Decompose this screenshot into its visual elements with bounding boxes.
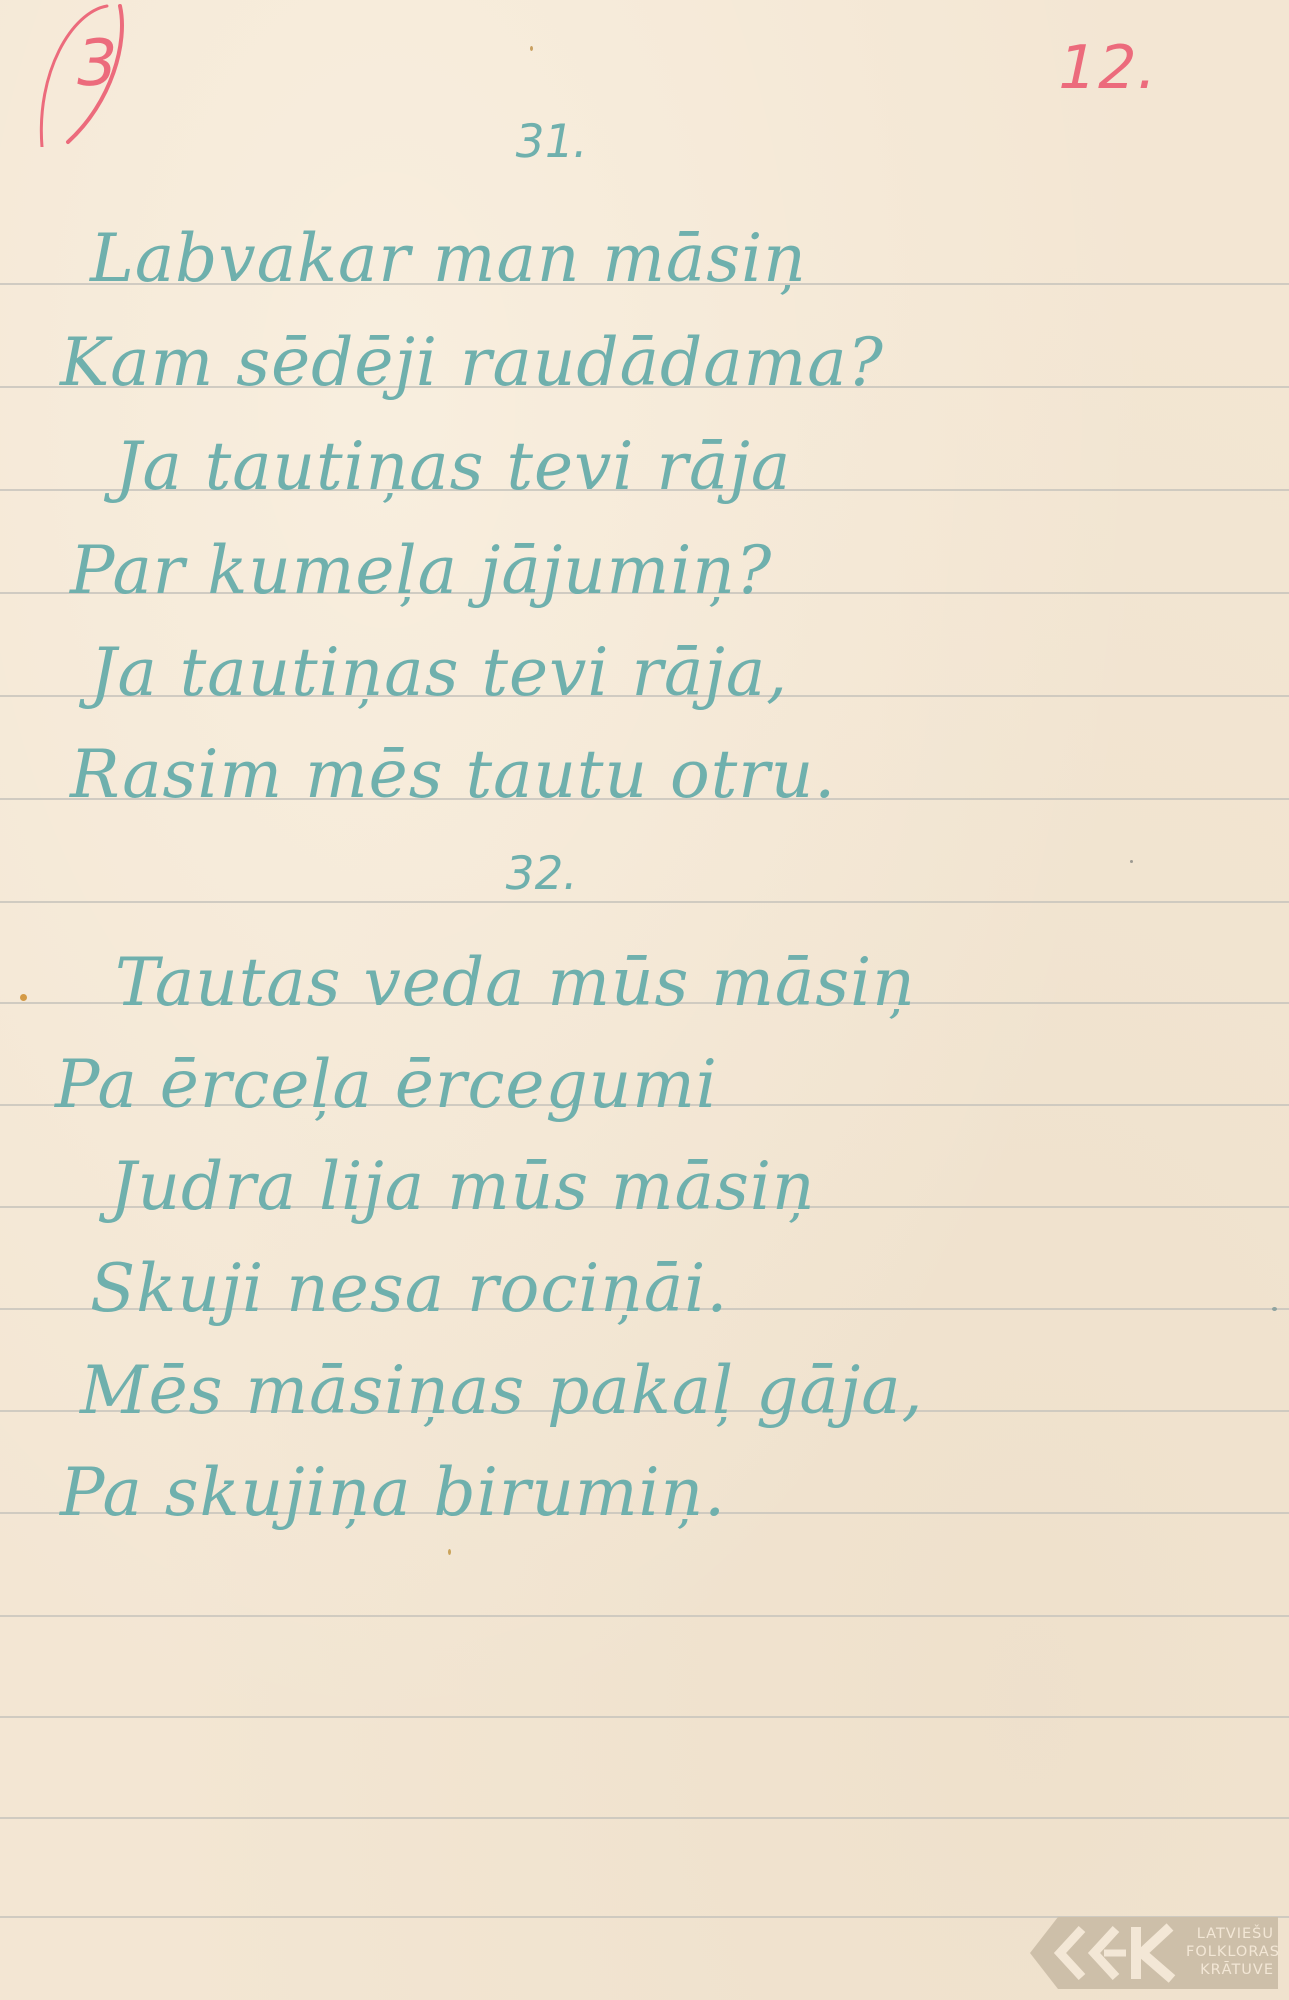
ruled-line <box>0 1615 1289 1617</box>
ruled-line <box>0 1817 1289 1819</box>
verse-line: Skuji nesa rociņāi. <box>90 1256 728 1322</box>
logo-text-line2: FOLKLORAS <box>1186 1943 1274 1961</box>
ruled-line <box>0 901 1289 903</box>
archive-logo: LATVIEŠU FOLKLORAS KRĀTUVE <box>1030 1917 1278 1989</box>
paper-speck <box>530 46 533 51</box>
logo-text: LATVIEŠU FOLKLORAS KRĀTUVE <box>1186 1925 1274 1979</box>
page-number: 12. <box>1052 38 1166 98</box>
verse-line: Rasim mēs tautu otru. <box>70 742 836 808</box>
paper-speck <box>448 1549 451 1555</box>
song-number-32: 32. <box>501 850 582 896</box>
paper-speck <box>1130 860 1133 863</box>
verse-line: Par kumeļa jājumiņ? <box>70 538 772 604</box>
circled-number-annotation: 3 <box>32 2 152 144</box>
verse-line: Tautas veda mūs māsiņ <box>115 950 916 1016</box>
verse-line: Pa skujiņa birumiņ. <box>60 1460 726 1526</box>
logo-text-line3: KRĀTUVE <box>1186 1961 1274 1979</box>
ruled-line <box>0 1716 1289 1718</box>
verse-line: Ja tautiņas tevi rāja, <box>90 640 788 706</box>
verse-line: Kam sēdēji raudādama? <box>60 330 884 396</box>
verse-line: Pa ērceļa ērcegumi <box>55 1052 718 1118</box>
paper-speck <box>1272 1307 1277 1311</box>
verse-line: Mēs māsiņas pakaļ gāja, <box>80 1358 924 1424</box>
paper-background: 3 12. 31. Labvakar man māsiņ Kam sēdēji … <box>0 0 1289 2000</box>
song-number-31: 31. <box>511 118 592 164</box>
paper-speck <box>20 994 27 1001</box>
verse-line: Ja tautiņas tevi rāja <box>115 434 791 500</box>
logo-text-line1: LATVIEŠU <box>1186 1925 1274 1943</box>
verse-line: Judra lija mūs māsiņ <box>110 1154 815 1220</box>
verse-line: Labvakar man māsiņ <box>90 226 807 292</box>
